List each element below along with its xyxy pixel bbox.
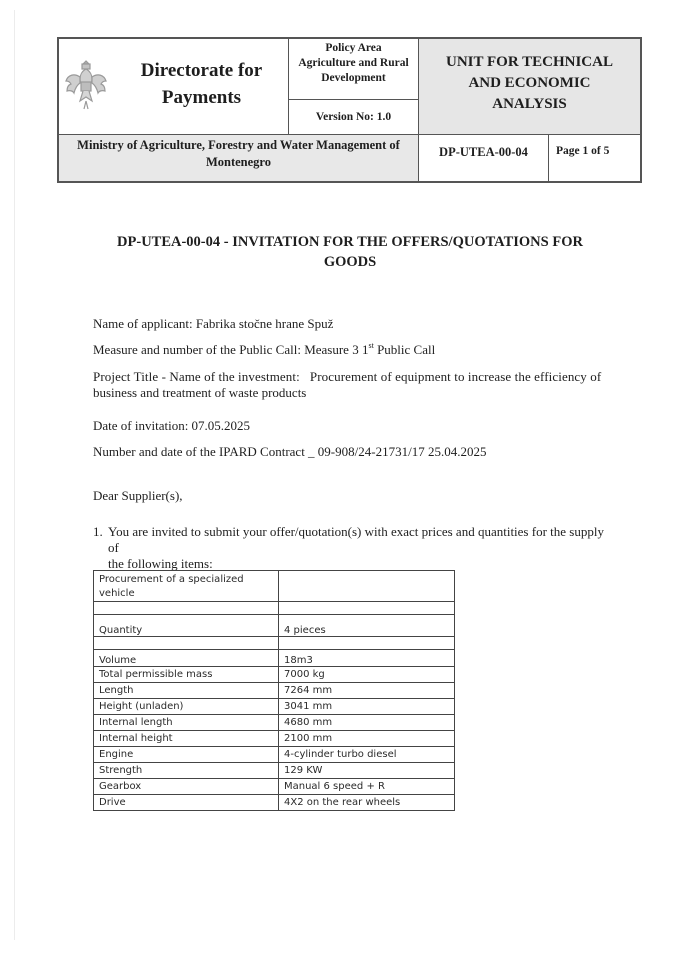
- project-title-line-2: business and treatment of waste products: [93, 385, 613, 401]
- table-row: Length 7264 mm: [94, 683, 455, 699]
- org-title-line-1: Directorate for: [114, 57, 289, 84]
- spec-value: 2100 mm: [279, 731, 455, 747]
- spec-key: Drive: [94, 795, 279, 811]
- spec-key: [94, 637, 279, 650]
- table-row: Total permissible mass 7000 kg: [94, 667, 455, 683]
- spec-value: 3041 mm: [279, 699, 455, 715]
- spec-value: [279, 637, 455, 650]
- table-row: Internal height 2100 mm: [94, 731, 455, 747]
- spec-key: Total permissible mass: [94, 667, 279, 683]
- spec-title-value: [279, 571, 455, 602]
- ministry-line-2: Montenegro: [77, 154, 400, 171]
- measure-text: Measure and number of the Public Call: M…: [93, 342, 368, 357]
- spec-value: 7000 kg: [279, 667, 455, 683]
- policy-area-line-2: Agriculture and Rural: [298, 56, 408, 71]
- policy-area-cell: Policy Area Agriculture and Rural Develo…: [289, 39, 419, 100]
- spec-key: Gearbox: [94, 779, 279, 795]
- list-item-1: 1. You are invited to submit your offer/…: [93, 524, 613, 572]
- version-cell: Version No: 1.0: [289, 100, 419, 135]
- doc-code-cell: DP-UTEA-00-04: [419, 135, 549, 181]
- doc-code: DP-UTEA-00-04: [439, 145, 528, 160]
- table-row: [94, 602, 455, 615]
- table-row: Procurement of a specialized vehicle: [94, 571, 455, 602]
- table-row: [94, 637, 455, 650]
- table-row: Height (unladen) 3041 mm: [94, 699, 455, 715]
- scan-margin-line: [14, 10, 15, 940]
- ministry-line-1: Ministry of Agriculture, Forestry and Wa…: [77, 137, 400, 154]
- org-title-line-2: Payments: [114, 84, 289, 111]
- spec-key: Height (unladen): [94, 699, 279, 715]
- project-title-line-1: Project Title - Name of the investment: …: [93, 369, 613, 385]
- table-row: Internal length 4680 mm: [94, 715, 455, 731]
- spec-value: 18m3: [279, 650, 455, 667]
- spec-key: Engine: [94, 747, 279, 763]
- version-label: Version No: 1.0: [316, 111, 391, 123]
- org-title: Directorate for Payments: [114, 57, 289, 111]
- page-number-cell: Page 1 of 5: [549, 135, 640, 181]
- table-row: Drive 4X2 on the rear wheels: [94, 795, 455, 811]
- table-row: Engine 4-cylinder turbo diesel: [94, 747, 455, 763]
- list-item-line-1: You are invited to submit your offer/quo…: [108, 524, 613, 556]
- spec-key: Internal length: [94, 715, 279, 731]
- header-org-cell: Directorate for Payments: [59, 39, 289, 135]
- salutation: Dear Supplier(s),: [93, 488, 183, 504]
- spec-key: Strength: [94, 763, 279, 779]
- ipard-contract: Number and date of the IPARD Contract _ …: [93, 444, 486, 460]
- table-row: Volume 18m3: [94, 650, 455, 667]
- table-row: Quantity 4 pieces: [94, 615, 455, 637]
- public-call-measure: Measure and number of the Public Call: M…: [93, 342, 435, 358]
- spec-value: 7264 mm: [279, 683, 455, 699]
- vehicle-spec-table: Procurement of a specialized vehicle Qua…: [93, 570, 455, 811]
- spec-key: Volume: [94, 650, 279, 667]
- spec-key: [94, 602, 279, 615]
- unit-line-2: AND ECONOMIC: [446, 73, 613, 94]
- document-title-line-1: DP-UTEA-00-04 - INVITATION FOR THE OFFER…: [60, 232, 640, 252]
- table-row: Gearbox Manual 6 speed + R: [94, 779, 455, 795]
- ministry-cell: Ministry of Agriculture, Forestry and Wa…: [59, 135, 419, 181]
- spec-value: 4X2 on the rear wheels: [279, 795, 455, 811]
- project-title: Project Title - Name of the investment: …: [93, 369, 613, 401]
- spec-value: 4 pieces: [279, 615, 455, 637]
- spec-key: Internal height: [94, 731, 279, 747]
- spec-value: Manual 6 speed + R: [279, 779, 455, 795]
- spec-key: Length: [94, 683, 279, 699]
- unit-line-3: ANALYSIS: [446, 94, 613, 115]
- policy-area-line-3: Development: [298, 71, 408, 86]
- montenegro-coat-of-arms-icon: [64, 57, 108, 115]
- spec-title-line-1: Procurement of a specialized: [99, 573, 273, 587]
- spec-title-cell: Procurement of a specialized vehicle: [94, 571, 279, 602]
- document-title: DP-UTEA-00-04 - INVITATION FOR THE OFFER…: [60, 232, 640, 272]
- spec-value: [279, 602, 455, 615]
- spec-value: 4-cylinder turbo diesel: [279, 747, 455, 763]
- unit-cell: UNIT FOR TECHNICAL AND ECONOMIC ANALYSIS: [419, 39, 640, 135]
- policy-area-line-1: Policy Area: [298, 41, 408, 56]
- list-item-number: 1.: [93, 524, 108, 572]
- measure-text-suffix: Public Call: [374, 342, 435, 357]
- spec-value: 4680 mm: [279, 715, 455, 731]
- applicant-name: Name of applicant: Fabrika stočne hrane …: [93, 316, 333, 332]
- date-of-invitation: Date of invitation: 07.05.2025: [93, 418, 250, 434]
- document-title-line-2: GOODS: [60, 252, 640, 272]
- spec-value: 129 KW: [279, 763, 455, 779]
- table-row: Strength 129 KW: [94, 763, 455, 779]
- spec-title-line-2: vehicle: [99, 587, 273, 601]
- document-header-table: Directorate for Payments Policy Area Agr…: [57, 37, 642, 183]
- spec-key: Quantity: [94, 615, 279, 637]
- page-number: Page 1 of 5: [556, 145, 609, 157]
- unit-line-1: UNIT FOR TECHNICAL: [446, 52, 613, 73]
